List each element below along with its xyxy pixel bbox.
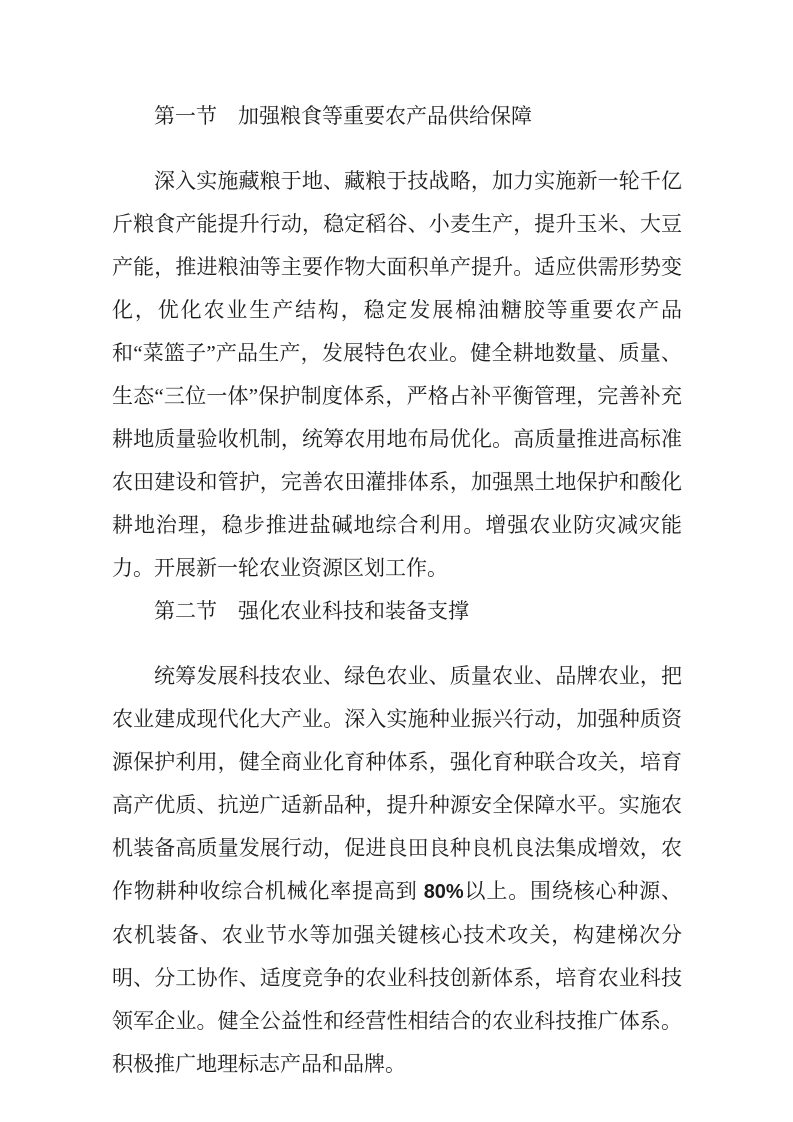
text-run-latin-bold: 80% [424,881,464,903]
document-page: 第一节 加强粮食等重要农产品供给保障 深入实施藏粮于地、藏粮于技战略，加力实施新… [0,0,793,1122]
section-2-heading: 第二节 强化农业科技和装备支撑 [112,590,682,633]
text-run-cjk: 深入实施藏粮于地、藏粮于技战略，加力实施新一轮千亿斤粮食产能提升行动，稳定稻谷、… [112,169,682,580]
section-2-paragraph: 统筹发展科技农业、绿色农业、质量农业、品牌农业，把农业建成现代化大产业。深入实施… [112,655,682,1086]
section-1-paragraph: 深入实施藏粮于地、藏粮于技战略，加力实施新一轮千亿斤粮食产能提升行动，稳定稻谷、… [112,160,682,590]
section-1-heading: 第一节 加强粮食等重要农产品供给保障 [112,95,682,138]
document-content: 第一节 加强粮食等重要农产品供给保障 深入实施藏粮于地、藏粮于技战略，加力实施新… [112,95,682,1086]
text-run-cjk: 统筹发展科技农业、绿色农业、质量农业、品牌农业，把农业建成现代化大产业。深入实施… [112,664,682,903]
text-run-cjk: 以上。围绕核心种源、农机装备、农业节水等加强关键核心技术攻关，构建梯次分明、分工… [112,879,682,1076]
